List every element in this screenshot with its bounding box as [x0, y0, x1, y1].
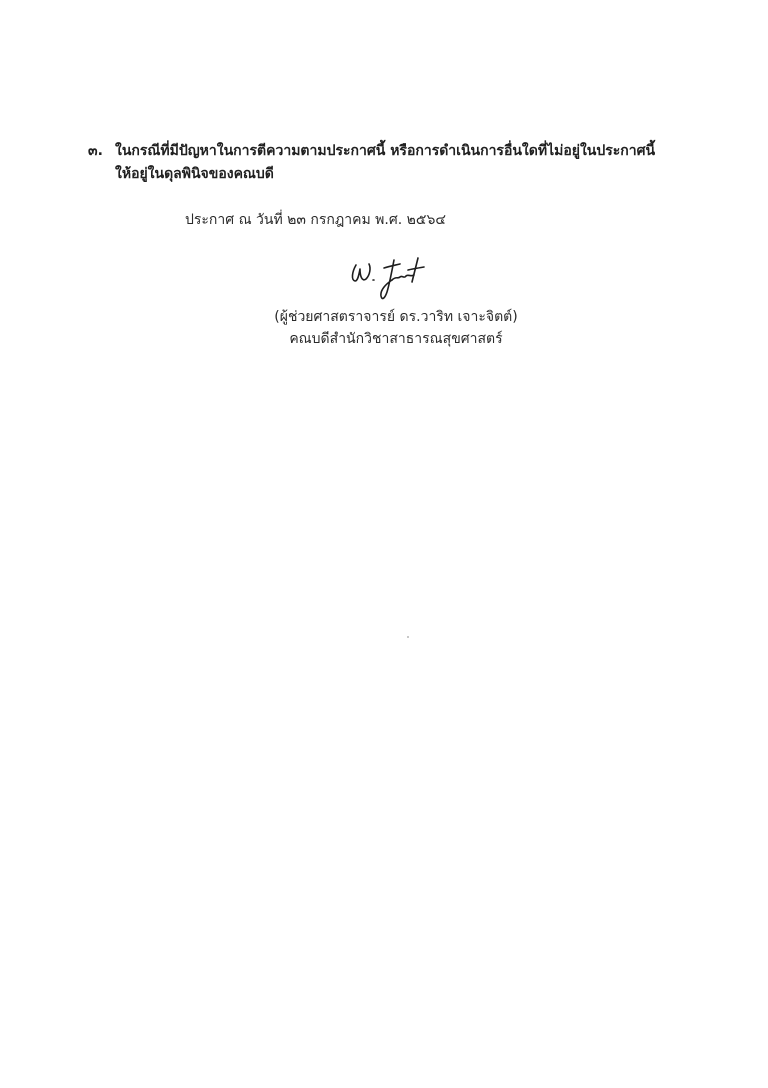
announcement-date: ประกาศ ณ วันที่ ๒๓ กรกฎาคม พ.ศ. ๒๕๖๔: [185, 210, 446, 230]
signer-name: (ผู้ช่วยศาสตราจารย์ ดร.วาริท เจาะจิตต์): [0, 307, 768, 327]
document-page: ๓.ในกรณีที่มีปัญหาในการตีความตามประกาศนี…: [0, 0, 768, 1088]
clause-line-1: ในกรณีที่มีปัญหาในการตีความตามประกาศนี้ …: [115, 143, 655, 159]
signature-icon: [340, 252, 440, 304]
clause-number: ๓.: [88, 140, 115, 163]
scan-artifact: [407, 636, 409, 638]
signer-position: คณบดีสำนักวิชาสาธารณสุขศาสตร์: [0, 329, 768, 349]
clause-3: ๓.ในกรณีที่มีปัญหาในการตีความตามประกาศนี…: [88, 140, 688, 186]
clause-line-2: ให้อยู่ในดุลพินิจของคณบดี: [88, 163, 688, 186]
